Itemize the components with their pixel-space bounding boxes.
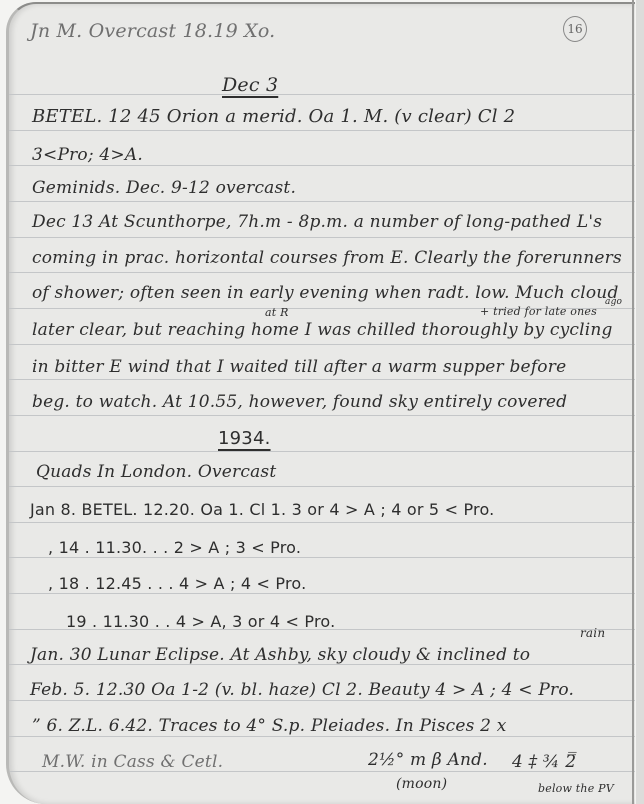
ruled-line [9,237,635,238]
entry-jan18: , 18 . 12.45 . . . 4 > A ; 4 < Pro. [48,574,306,593]
entry-dec13-line4: later clear, but reaching home I was chi… [32,320,613,340]
page-header-title: Jn M. Overcast 18.19 Xo. [30,20,275,42]
ruled-line [9,522,635,523]
ruled-line [9,272,635,273]
entry-feb6-line2: M.W. in Cass & Cetl. [42,752,223,772]
ruled-line [9,201,635,202]
entry-feb6-below: below the PV [538,782,614,795]
entry-jan8: Jan 8. BETEL. 12.20. Oa 1. Cl 1. 3 or 4 … [30,500,494,519]
entry-feb6-line3: 2½° m β And. [368,750,488,770]
note-rain: rain [580,626,605,640]
ruled-line [9,700,635,701]
ruled-line [9,593,635,594]
ruled-line [9,130,635,131]
entry-dec13-line5: in bitter E wind that I waited till afte… [32,357,566,377]
entry-feb6-moon: (moon) [396,776,447,792]
date-heading-dec3: Dec 3 [222,74,278,96]
entry-dec13-line6: beg. to watch. At 10.55, however, found … [32,392,567,412]
ruled-line [9,486,635,487]
entry-feb6-marks: 4 ‡ ¾ 2̅̅ [512,752,576,772]
insert-at: at R [265,306,289,319]
ruled-line [9,736,635,737]
entry-dec13-line3: of shower; often seen in early evening w… [32,283,619,303]
entry-geminids: Geminids. Dec. 9-12 overcast. [32,178,296,198]
ruled-line [9,344,635,345]
ruled-line [9,451,635,452]
entry-quads: Quads In London. Overcast [36,462,276,482]
entry-feb6: ” 6. Z.L. 6.42. Traces to 4° S.p. Pleiad… [32,716,507,736]
ruled-line [9,165,635,166]
entry-feb5: Feb. 5. 12.30 Oa 1-2 (v. bl. haze) Cl 2.… [30,680,574,700]
page-edge [636,0,644,804]
insert-note: + tried for late ones [480,305,597,318]
entry-betel-dec3: BETEL. 12 45 Orion a merid. Oa 1. M. (v … [32,106,515,127]
page-number: 16 [563,16,587,42]
entry-jan30: Jan. 30 Lunar Eclipse. At Ashby, sky clo… [30,645,530,665]
insert-note-2: ago [605,297,622,307]
page-margin-line [632,0,634,804]
entry-betel-dec3-cont: 3<Pro; 4>A. [32,145,143,165]
year-heading: 1934. [218,428,271,449]
ruled-line [9,379,635,380]
entry-dec13-line2: coming in prac. horizontal courses from … [32,248,622,268]
entry-jan14: , 14 . 11.30. . . 2 > A ; 3 < Pro. [48,538,301,557]
ruled-line [9,557,635,558]
entry-dec13-line1: Dec 13 At Scunthorpe, 7h.m - 8p.m. a num… [32,212,602,232]
ruled-line [9,415,635,416]
entry-jan19: 19 . 11.30 . . 4 > A, 3 or 4 < Pro. [66,612,335,631]
ruled-line [9,94,635,95]
